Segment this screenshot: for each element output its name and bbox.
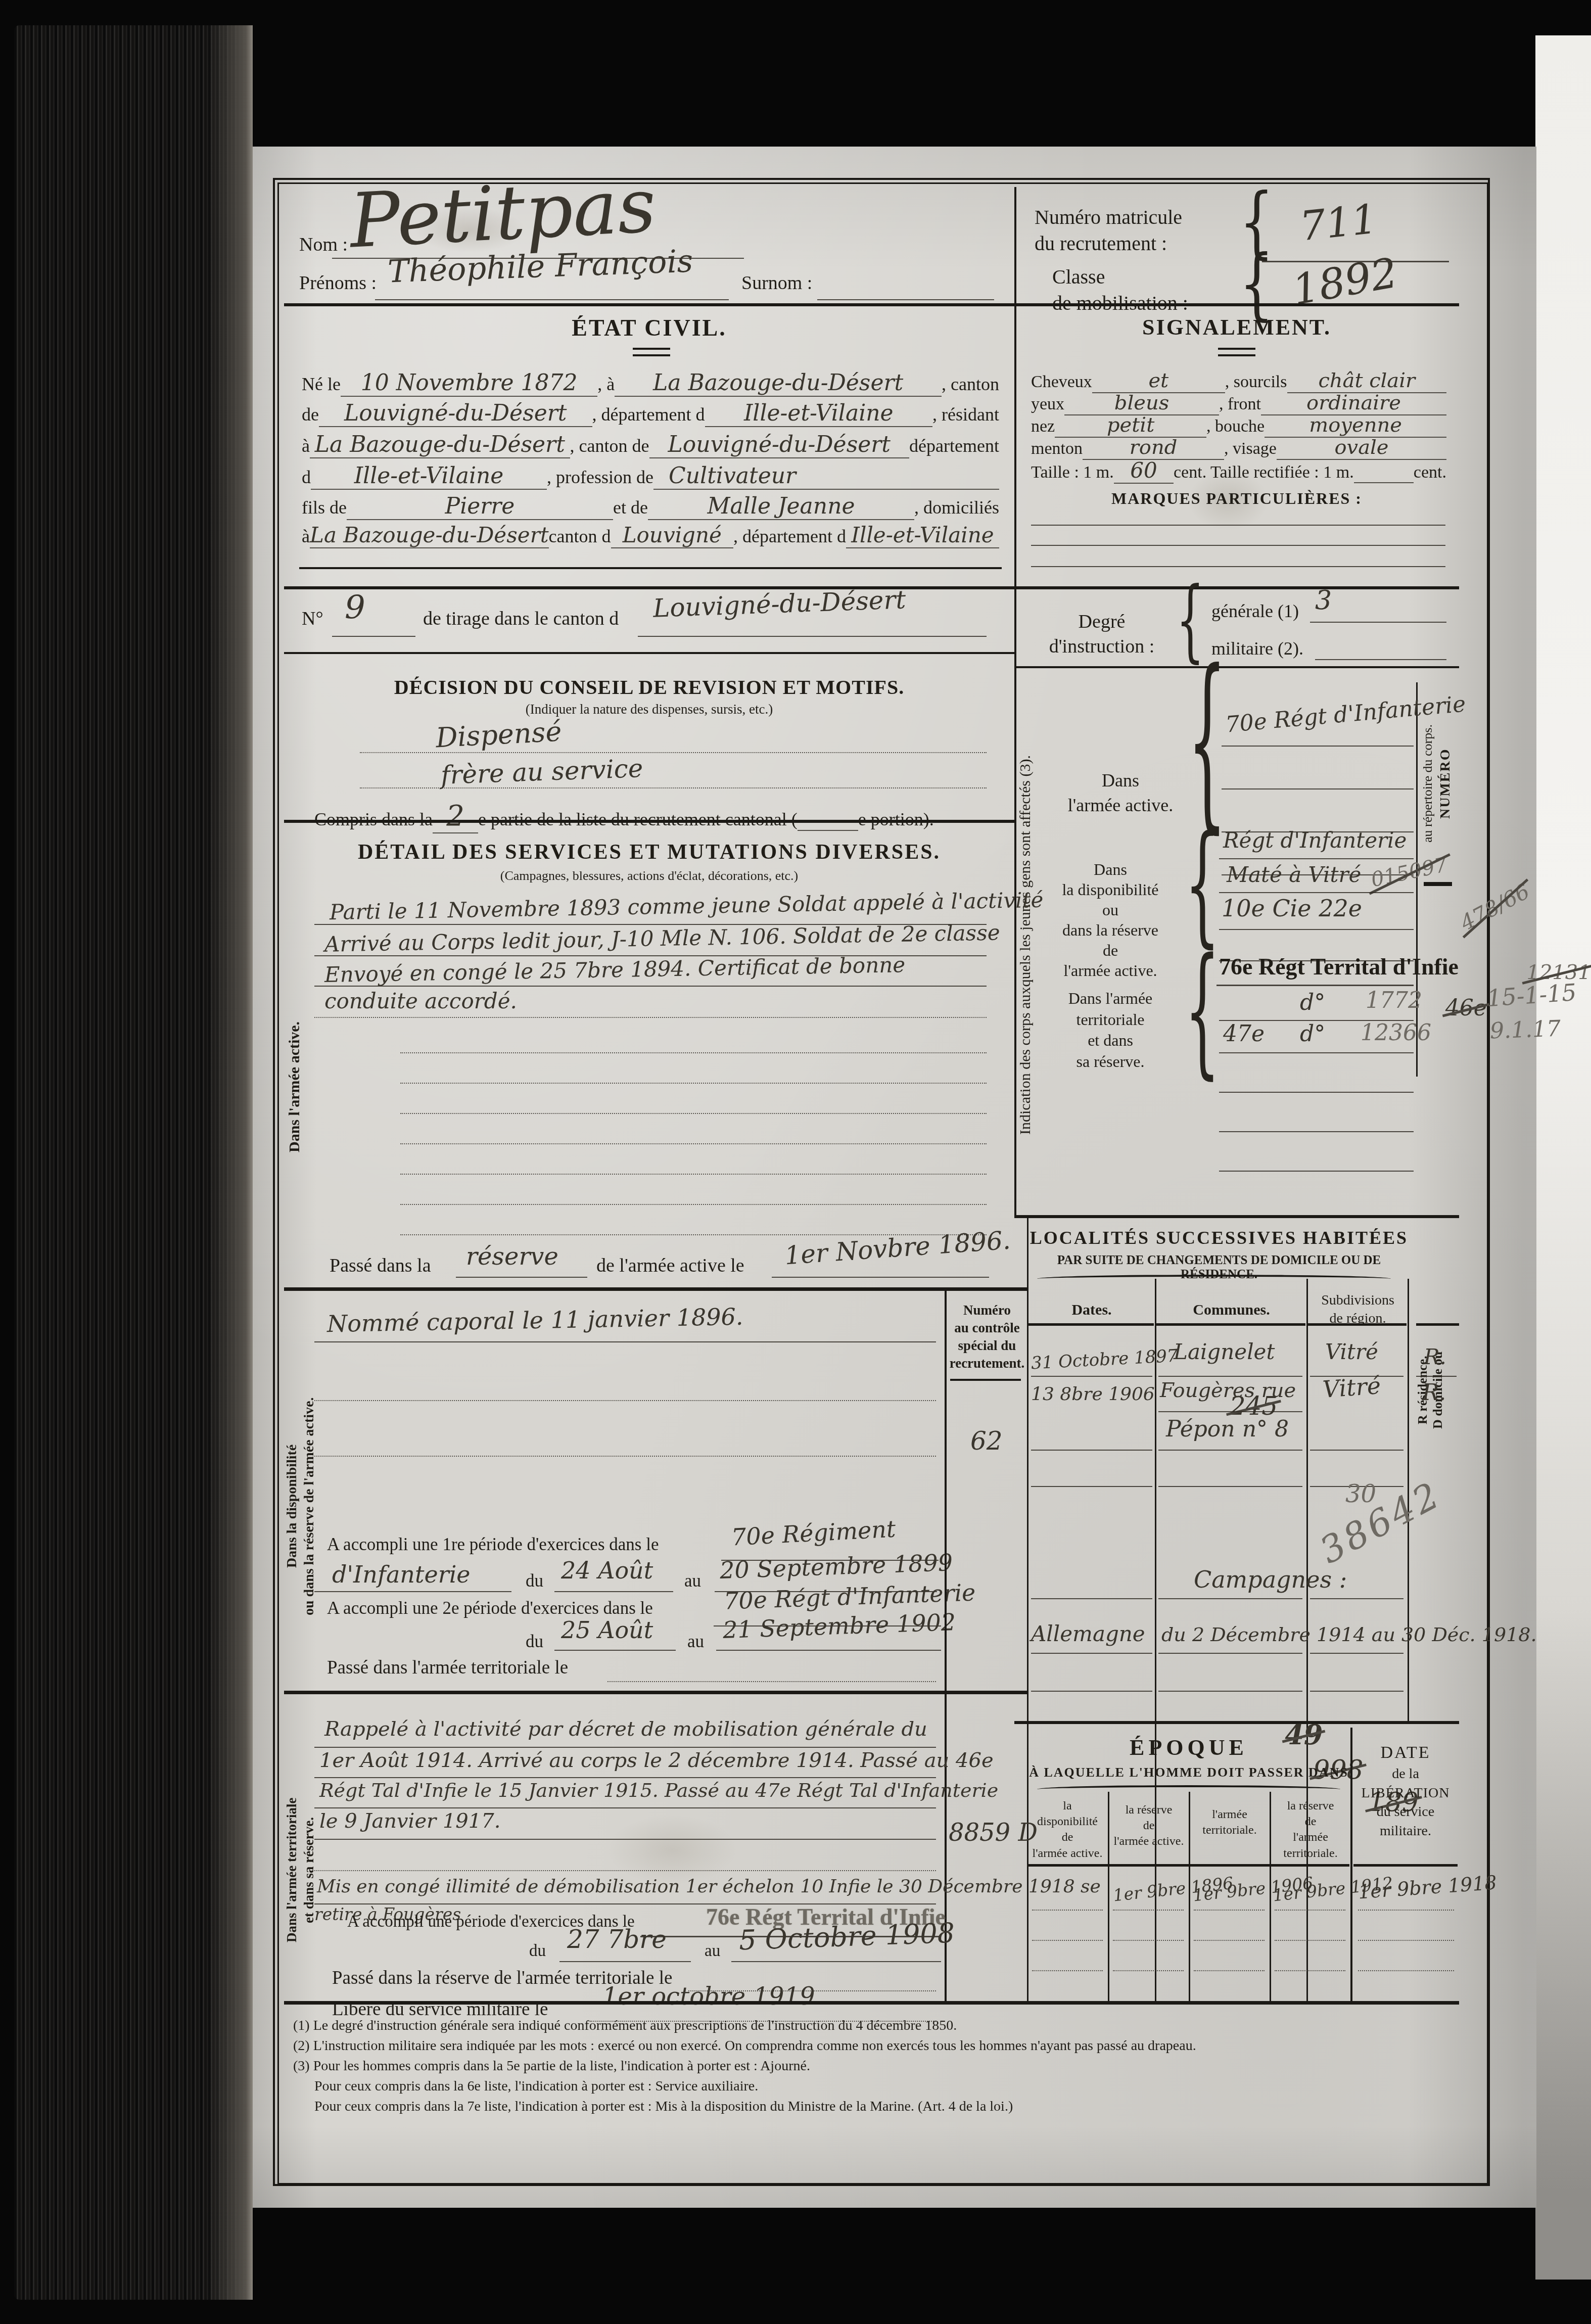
section-rule (1014, 666, 1459, 668)
line: LIBÉRATION (1352, 1784, 1459, 1803)
value: ovale (1277, 436, 1446, 460)
services-line3: Envoyé en congé le 25 7bre 1894. Certifi… (324, 952, 906, 987)
footnote-1: (1) Le degré d'instruction générale sera… (293, 2018, 1450, 2034)
etat-civil-line3: à La Bazouge-du-Désert , canton de Louvi… (302, 432, 999, 458)
rappele-line2: 1er Août 1914. Arrivé au corps le 2 déce… (319, 1749, 994, 1772)
dispo-value3: 10e Cie 22e (1222, 895, 1362, 922)
ruled-line (1158, 1411, 1302, 1412)
loc-r1-sub: Vitré (1325, 1339, 1378, 1364)
ruled-line (1310, 1653, 1403, 1654)
ruled-line (360, 752, 987, 753)
campagnes-label: Campagnes : (1194, 1566, 1347, 1593)
blank-line (1358, 1970, 1454, 1971)
line: l'armée active. (1028, 1846, 1107, 1862)
label: , à (597, 374, 615, 395)
col-communes: Communes. (1156, 1302, 1306, 1319)
classe-label: Classe de mobilisation : (1052, 264, 1188, 316)
ruled-line (817, 299, 994, 300)
ruled-line (360, 787, 987, 788)
flourish (1037, 1275, 1391, 1283)
periode2-au: au (687, 1632, 704, 1652)
ruled-line (1158, 1653, 1302, 1654)
periode1-value2: d'Infanterie (332, 1561, 471, 1588)
prenoms-label: Prénoms : (299, 272, 377, 294)
value: ordinaire (1261, 391, 1446, 415)
blank-line (1219, 929, 1414, 930)
blank-line (1113, 1940, 1184, 1941)
heavy-rule (284, 1691, 1027, 1694)
blank-line (1031, 1598, 1152, 1599)
ruled-line (638, 636, 987, 637)
blank-line (1275, 1910, 1345, 1911)
periode2-label: A accompli une 2e période d'exercices da… (327, 1598, 653, 1618)
label: fils de (302, 497, 347, 518)
etat-civil-line6: à La Bazouge-du-Désert canton d Louvigné… (302, 523, 999, 548)
etat-civil-line1: Né le 10 Novembre 1872 , à La Bazouge-du… (302, 370, 999, 397)
blank-line (400, 1174, 987, 1175)
terr-row1-ditto: d° (1300, 990, 1325, 1015)
line: l'armée active. (1042, 960, 1179, 981)
periode1-end: 20 Septembre 1899 (719, 1549, 953, 1584)
rappele-line1: Rappelé à l'activité par décret de mobil… (324, 1717, 927, 1741)
value: petit (1055, 413, 1206, 438)
blank-line (607, 1681, 936, 1682)
matricule-label: Numéro matricule du recrutement : (1035, 204, 1182, 257)
label: Compris dans la (314, 809, 433, 830)
services-line1: Parti le 11 Novembre 1893 comme jeune So… (330, 888, 1044, 925)
line: de (1042, 940, 1179, 960)
blank-line (1031, 1450, 1152, 1451)
passe-reserve-label1: Passé dans la (330, 1254, 431, 1277)
loc-r2-date: 13 8bre 1906 (1031, 1384, 1155, 1405)
disponibilite-vertical-1: Dans la disponibilité (284, 1350, 301, 1663)
rappele-line3: Régt Tal d'Infie le 15 Janvier 1915. Pas… (319, 1779, 998, 1801)
blank-line (1194, 1940, 1265, 1941)
label: canton d (549, 526, 611, 547)
line: de la (1352, 1764, 1459, 1784)
ruled-line (1219, 892, 1414, 893)
header-rule (1308, 1323, 1407, 1326)
blank-line (1158, 1486, 1302, 1487)
ruled-line (1158, 1376, 1302, 1377)
label: , canton (942, 374, 999, 395)
value: La Bazouge-du-Désert (310, 432, 570, 458)
label: , front (1219, 395, 1261, 414)
decision-value2: frère au service (440, 754, 643, 790)
ruled-line (554, 1650, 676, 1651)
label: , sourcils (1225, 373, 1287, 392)
footnote-3: (3) Pour les hommes compris dans la 5e p… (293, 2058, 1450, 2074)
decision-subtitle: (Indiquer la nature des dispenses, sursi… (284, 702, 1014, 717)
label: , département d (592, 404, 705, 425)
ruled-line (772, 1277, 989, 1278)
line: Numéro (947, 1302, 1027, 1319)
label: Taille : 1 m. (1031, 463, 1114, 482)
blank-line (1219, 1131, 1414, 1132)
label: à (302, 435, 310, 456)
value: 10 Novembre 1872 (341, 370, 597, 397)
label: , bouche (1206, 417, 1265, 436)
blank-line (1194, 1970, 1265, 1971)
blank-line (314, 1870, 936, 1871)
degre-generale-value: 3 (1315, 585, 1332, 616)
periode1-value1: 70e Régiment (731, 1515, 897, 1551)
title-divider (633, 348, 670, 356)
line: spécial du (947, 1337, 1027, 1355)
nom-label: Nom : (299, 234, 348, 256)
blank-line (1194, 1910, 1265, 1911)
line: l'armée active. (1109, 1834, 1188, 1849)
accompli-au: au (705, 1942, 720, 1961)
value: chât clair (1287, 369, 1446, 393)
periode2-end: 21 Septembre 1902 (722, 1608, 956, 1644)
blank-line (1032, 1970, 1103, 1971)
numero-bracket (1424, 882, 1452, 886)
blank-line (1219, 1092, 1414, 1093)
territoriale-vertical-1: Dans l'armée territoriale (284, 1744, 301, 1996)
periode1-start: 24 Août (561, 1557, 653, 1584)
terr-row1-number: 1772 (1366, 988, 1422, 1013)
line: l'armée (1190, 1807, 1269, 1823)
blank-line (1113, 1910, 1184, 1911)
blank-line (1032, 1910, 1103, 1911)
value: Ille-et-Vilaine (705, 400, 933, 427)
line: militaire. (1352, 1822, 1459, 1841)
col-dates: Dates. (1028, 1302, 1155, 1319)
blank-line (1219, 1171, 1414, 1172)
value: Louvigné-du-Désert (649, 432, 910, 458)
degre-label: Degré d'instruction : (1031, 610, 1173, 660)
ruled-line (1219, 858, 1414, 859)
header-rule (1416, 1323, 1459, 1326)
controle-rule (950, 1379, 1021, 1381)
periode2-start: 25 Août (561, 1616, 653, 1644)
epoque-title: ÉPOQUE (1027, 1735, 1350, 1760)
label: département (909, 435, 999, 456)
terr-row2-number: 12366 (1361, 1020, 1431, 1046)
ruled-line (554, 1591, 673, 1592)
footnote-5: Pour ceux compris dans la 7e liste, l'in… (314, 2099, 1452, 2115)
line: de (1109, 1818, 1188, 1834)
ruled-line (716, 1650, 941, 1651)
line: Subdivisions (1308, 1291, 1408, 1310)
armee-active-label: Dans l'armée active. (1057, 768, 1184, 817)
matricule-value: 711 (1298, 195, 1380, 250)
tirage-no-label: N° (302, 608, 323, 630)
line: Dans (1042, 859, 1179, 879)
value: Pierre (347, 493, 613, 520)
heavy-rule (1014, 1721, 1459, 1724)
dispo-value1: Régt d'Infanterie (1223, 828, 1407, 853)
tirage-label: de tirage dans le canton d (423, 608, 619, 630)
campagnes-dates: du 2 Décembre 1914 au 30 Déc. 1918. (1161, 1623, 1537, 1646)
decision-value1: Dispensé (435, 716, 563, 754)
ruled-line (1216, 985, 1414, 986)
services-line2: Arrivé au Corps ledit jour, J-10 Mle N. … (324, 920, 1000, 956)
ruled-line (1031, 1653, 1152, 1654)
periode1-au: au (684, 1571, 701, 1591)
numero-repertoire-vertical-1: NUMÉRO (1437, 692, 1455, 874)
blank-line (1031, 566, 1445, 567)
section-rule (284, 652, 1014, 654)
header-rule (1028, 1864, 1349, 1867)
classe-label-line1: Classe (1052, 264, 1188, 290)
terr-row2-ditto: d° (1300, 1021, 1325, 1047)
accompli-end: 5 Octobre 1908 (738, 1917, 955, 1957)
blank-line (1113, 1970, 1184, 1971)
ruled-line (1031, 1376, 1152, 1377)
label: menton (1031, 439, 1083, 458)
rappele-line4: le 9 Janvier 1917. (319, 1809, 500, 1833)
line: recrutement. (947, 1355, 1027, 1372)
line: l'armée (1271, 1830, 1350, 1845)
marques-label: MARQUES PARTICULIÈRES : (1014, 489, 1459, 508)
libere-value: 1er octobre 1919 (602, 1982, 815, 2011)
line: dans la réserve (1042, 920, 1179, 940)
localites-title: LOCALITÉS SUCCESSIVES HABITÉES (1027, 1227, 1411, 1248)
epoque-date-col: DATE de la LIBÉRATION du service militai… (1352, 1741, 1459, 1841)
ruled-line (559, 1961, 691, 1962)
services-line4: conduite accordé. (324, 989, 517, 1013)
blank-line (1032, 1940, 1103, 1941)
annotation-diagonal: 38642 (1313, 1473, 1448, 1572)
dispo-value2: Maté à Vitré (1227, 862, 1361, 887)
label: d (302, 467, 311, 488)
loc-r1-commune: Laignelet (1174, 1339, 1275, 1364)
label: e partie de la liste du recrutement cant… (478, 809, 798, 830)
blank-line (1310, 1598, 1403, 1599)
line: et dans (1042, 1030, 1179, 1051)
ruled-line (375, 299, 729, 300)
blank-line (314, 1456, 936, 1457)
value: Louvigné (611, 523, 733, 548)
ruled-line (1158, 1450, 1302, 1451)
line: territoriale. (1271, 1846, 1350, 1862)
line: Dans (1057, 768, 1184, 793)
ruled-line (1158, 1598, 1302, 1599)
line: Dans l'armée (1042, 988, 1179, 1009)
label: , profession de (547, 467, 653, 488)
label: , canton de (570, 435, 649, 456)
decision-title: DÉCISION DU CONSEIL DE REVISION ET MOTIF… (284, 675, 1014, 699)
blank-line (1358, 1940, 1454, 1941)
next-page-edge (1535, 35, 1591, 2280)
blank-line (1222, 788, 1414, 789)
blank-line (1031, 545, 1445, 546)
value: Ille-et-Vilaine (311, 463, 547, 490)
degre-label-line1: Degré (1031, 610, 1173, 634)
degre-label-line2: d'instruction : (1031, 634, 1173, 659)
value: 2 (433, 800, 478, 833)
accompli-du: du (529, 1942, 546, 1961)
epoque-col3: l'armée territoriale. (1190, 1807, 1269, 1838)
blank-line (1275, 1940, 1345, 1941)
surnom-label: Surnom : (741, 272, 812, 294)
line: territoriale. (1190, 1823, 1269, 1838)
ruled-line (731, 1961, 941, 1962)
blank-line (1275, 1970, 1345, 1971)
ruled-line (314, 1807, 936, 1808)
epoque-subtitle: À LAQUELLE L'HOMME DOIT PASSER DANS (1027, 1765, 1350, 1780)
column-divider (1014, 187, 1016, 1215)
decision-compris: Compris dans la 2 e partie de la liste d… (314, 800, 934, 833)
etat-civil-line2: de Louvigné-du-Désert , département d Il… (302, 400, 999, 427)
form-frame: Nom : Petitpas Prénoms : Théophile Franç… (273, 178, 1490, 2186)
ruled-line (332, 636, 415, 637)
loc-r1-dr: R. (1424, 1344, 1446, 1369)
loc-r2-commune2: Pépon n° 8 (1166, 1416, 1289, 1442)
blank-line (1310, 1450, 1403, 1451)
ruled-line (456, 1277, 587, 1278)
line: au contrôle (947, 1319, 1027, 1337)
blank-line (314, 1400, 936, 1401)
passe-reserve-label2: de l'armée active le (596, 1254, 744, 1277)
terr-row1-unit: 46e (1445, 995, 1487, 1021)
header-rule (1353, 1864, 1458, 1867)
label: cent. (1414, 463, 1446, 482)
ruled-line (1310, 622, 1446, 623)
brace-territoriale: { (1185, 927, 1220, 1093)
signalement-row4: menton rond , visage ovale (1031, 436, 1446, 460)
blank-line (400, 1052, 987, 1053)
passe-reserve-date: 1er Novbre 1896. (784, 1225, 1012, 1270)
value: La Bazouge-du-Désert (615, 370, 942, 397)
controle-header: Numéro au contrôle spécial du recrutemen… (947, 1302, 1027, 1372)
etat-civil-title: ÉTAT CIVIL. (284, 314, 1014, 341)
degre-generale-label: générale (1) (1211, 600, 1299, 622)
tirage-canton: Louvigné-du-Désert (652, 585, 906, 623)
ruled-line (314, 1341, 936, 1342)
value: La Bazouge-du-Désert (310, 523, 549, 548)
blank-line (400, 1204, 987, 1205)
heavy-rule (284, 303, 1459, 306)
ruled-line (314, 1777, 936, 1778)
nomme-caporal: Nommé caporal le 11 janvier 1896. (327, 1303, 743, 1337)
heavy-rule (284, 820, 1014, 823)
line: la réserve (1109, 1802, 1188, 1818)
services-title: DÉTAIL DES SERVICES ET MUTATIONS DIVERSE… (284, 840, 1014, 864)
margin-number-4: 8859 D (949, 1819, 1038, 1847)
heavy-rule (284, 2001, 1459, 2005)
line: la (1028, 1798, 1107, 1814)
value: Louvigné-du-Désert (319, 400, 592, 427)
line: DATE (1352, 1741, 1459, 1764)
terr-row2-unit: 47e (1223, 1021, 1265, 1047)
title-divider (1218, 348, 1255, 356)
blank-line (400, 1113, 987, 1114)
blank-line (400, 1083, 987, 1084)
label: , domiciliés (914, 497, 999, 518)
disponibilite-label: Dans la disponibilité ou dans la réserve… (1042, 859, 1179, 981)
label: de (302, 404, 319, 425)
label: , département d (733, 526, 846, 547)
line: l'armée active. (1057, 793, 1184, 818)
demob-line1: Mis en congé illimité de démobilisation … (317, 1876, 1101, 1897)
passe-territoriale-label: Passé dans l'armée territoriale le (327, 1657, 568, 1679)
label: nez (1031, 417, 1055, 436)
ruled-line (1315, 659, 1446, 660)
signalement-title: SIGNALEMENT. (1014, 314, 1459, 340)
value: rond (1083, 436, 1224, 460)
blank-line (1031, 1691, 1152, 1692)
header-rule (1028, 1323, 1154, 1326)
line: disponibilité (1028, 1814, 1107, 1830)
header-rule (1156, 1323, 1305, 1326)
footnote-2: (2) L'instruction militaire sera indiqué… (293, 2038, 1450, 2054)
services-subtitle: (Campagnes, blessures, actions d'éclat, … (284, 868, 1014, 884)
label: , visage (1224, 439, 1277, 458)
signalement-row2: yeux bleus , front ordinaire (1031, 391, 1446, 415)
line: territoriale (1042, 1009, 1179, 1031)
value: Cultivateur (653, 463, 999, 490)
line: du service (1352, 1802, 1459, 1822)
book-page-edges (14, 25, 253, 2300)
label: e portion). (858, 809, 934, 830)
matricule-label-line2: du recrutement : (1035, 230, 1182, 257)
loc-r2-sub: Vitré (1322, 1372, 1381, 1403)
label: à (302, 526, 310, 547)
tirage-no-value: 9 (345, 589, 365, 627)
signalement-row1: Cheveux et , sourcils chât clair (1031, 369, 1446, 393)
periode1-du: du (526, 1571, 543, 1591)
section-rule (299, 567, 1002, 569)
line: la disponibilité (1042, 879, 1179, 900)
line: ou (1042, 900, 1179, 920)
signalement-row3: nez petit , bouche moyenne (1031, 413, 1446, 438)
heavy-rule (1014, 1215, 1459, 1218)
passe-reserve-value1: réserve (466, 1242, 558, 1271)
line: la réserve (1271, 1798, 1350, 1814)
blank-line (314, 1839, 936, 1840)
label: et de (613, 497, 648, 518)
ruled-line (1222, 746, 1414, 747)
matricule-label-line1: Numéro matricule (1035, 204, 1182, 230)
ruled-line (1416, 1376, 1457, 1377)
line: sa réserve. (1042, 1051, 1179, 1073)
line: de (1028, 1830, 1107, 1845)
epoque-col4: la réserve de l'armée territoriale. (1271, 1798, 1350, 1862)
ruled-line (314, 1591, 511, 1592)
line: de (1271, 1814, 1350, 1830)
label: Cheveux (1031, 373, 1092, 392)
blank-line (1031, 525, 1445, 526)
value: moyenne (1265, 413, 1446, 438)
etat-civil-line5: fils de Pierre et de Malle Jeanne , domi… (302, 493, 999, 520)
signalement-taille: Taille : 1 m. 60 cent. Taille rectifiée … (1031, 458, 1446, 484)
armee-active-vertical: Dans l'armée active. (286, 920, 305, 1253)
periode2-du: du (526, 1632, 543, 1652)
heavy-rule (284, 1287, 1027, 1291)
epoque-col2: la réserve de l'armée active. (1109, 1802, 1188, 1850)
terr-stamp: 76e Régt Territal d'Infie (1219, 953, 1459, 980)
label: yeux (1031, 395, 1064, 414)
blank-line (400, 1143, 987, 1144)
margin-date-2: 9.1.17 (1489, 1016, 1561, 1044)
col-subdivisions: Subdivisions de région. (1308, 1291, 1408, 1328)
epoque-col1: la disponibilité de l'armée active. (1028, 1798, 1107, 1862)
blank-line (1158, 1691, 1302, 1692)
value: Malle Jeanne (648, 493, 914, 520)
blank-line (1310, 1691, 1403, 1692)
register-sheet: Nom : Petitpas Prénoms : Théophile Franç… (253, 147, 1536, 2208)
loc-r2-commune: Fougères rue (1160, 1379, 1296, 1402)
campagnes-pays: Allemagne (1031, 1621, 1145, 1646)
periode1-label: A accompli une 1re période d'exercices d… (327, 1535, 659, 1555)
accompli-start: 27 7bre (567, 1925, 667, 1954)
dispo-number2-struck: 478/66 (1456, 878, 1533, 936)
territoriale-label: Dans l'armée territoriale et dans sa rés… (1042, 988, 1179, 1072)
label: cent. Taille rectifiée : 1 m. (1174, 463, 1354, 482)
